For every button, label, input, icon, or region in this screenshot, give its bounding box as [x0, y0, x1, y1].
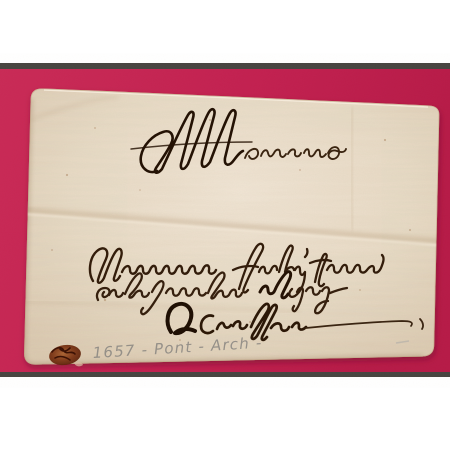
photograph-of-1657-letter: 1657 - Pont - Arch -	[0, 0, 450, 450]
letter-photo-svg: 1657 - Pont - Arch -	[0, 0, 450, 450]
vertical-crease	[352, 108, 354, 230]
